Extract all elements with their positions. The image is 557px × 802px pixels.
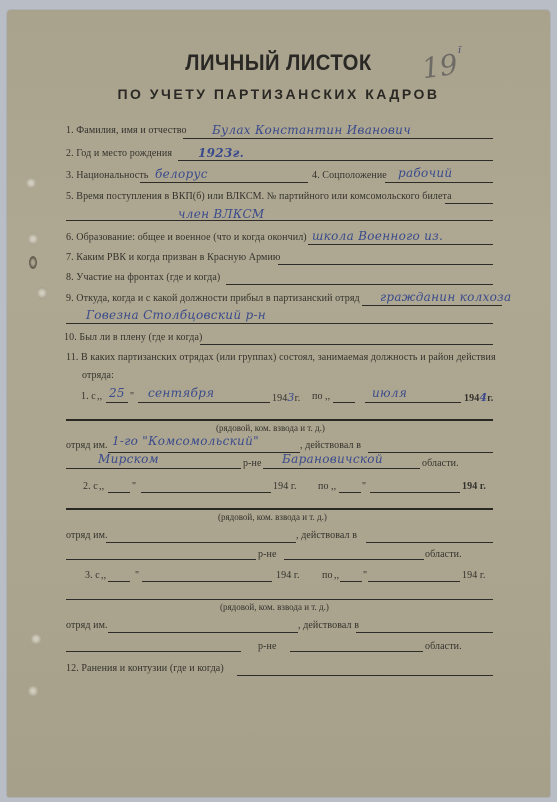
punch-hole (37, 287, 47, 299)
archive-mark: ĭ (458, 44, 461, 56)
detachment-2-to-month-line (370, 492, 460, 493)
field-5-line-2 (66, 220, 493, 221)
quote-mark: " (132, 481, 136, 492)
detachment-2-from-day-line (108, 492, 130, 493)
detachment-1-to-month-line (365, 402, 461, 403)
field-9-label: 9. Откуда, когда и с какой должности при… (66, 293, 360, 304)
detachment-1-to-year-prefix: 194 (464, 393, 479, 404)
detachment-3-to-day-line (340, 581, 362, 582)
detachment-1-num: 1. с (81, 391, 96, 402)
detachment-2-acted-label: , действовал в (296, 530, 357, 541)
field-3-line (140, 182, 308, 183)
punch-hole (29, 256, 37, 269)
field-9-value-line1[interactable]: гражданин колхоза (380, 290, 511, 304)
detachment-1-raion-line (66, 468, 241, 469)
detachment-3-raion-line (66, 651, 241, 652)
detachment-2-num: 2. с (83, 481, 98, 492)
detachment-1-position-hint: (рядовой, ком. взвода и т. д.) (216, 423, 325, 433)
field-6-value[interactable]: школа Военного из. (312, 229, 443, 243)
field-8-label: 8. Участие на фронтах (где и когда) (66, 272, 220, 283)
quote-mark: ,, (325, 391, 330, 402)
detachment-1-raion-label: р-не (243, 458, 262, 469)
punch-hole (31, 633, 41, 645)
detachment-1-otryad-label: отряд им. (66, 440, 108, 451)
detachment-3-from-day-line (108, 581, 130, 582)
quote-mark: " (363, 570, 367, 581)
field-9-value-line2[interactable]: Говезна Столбцовский р-н (86, 308, 266, 322)
field-12-label: 12. Ранения и контузии (где и когда) (66, 663, 224, 674)
field-2-label: 2. Год и место рождения (66, 148, 172, 159)
field-5-value[interactable]: член ВЛКСМ (178, 207, 265, 221)
detachment-2-to-label: по (318, 481, 329, 492)
year-unit: г. (291, 481, 297, 492)
detachment-2-to-year-prefix: 194 (462, 481, 477, 492)
field-1-value[interactable]: Булах Константин Иванович (212, 123, 411, 137)
detachment-1-otryad-value[interactable]: 1-го "Комсомольский" (112, 434, 259, 448)
detachment-2-position-hint: (рядовой, ком. взвода и т. д.) (218, 512, 327, 522)
detachment-1-oblast-label: области. (422, 458, 459, 469)
detachment-3-oblast-label: области. (425, 641, 462, 652)
field-11-label: 11. В каких партизанских отрядах (или гр… (66, 352, 496, 363)
detachment-3-acted-line (356, 632, 493, 633)
year-unit: г. (295, 393, 301, 404)
detachment-2-to-day-line (339, 492, 361, 493)
field-1-line (183, 138, 493, 139)
year-unit: г. (480, 570, 486, 581)
detachment-3-to-year-prefix: 194 (462, 570, 477, 581)
detachment-1-from-day-line (106, 402, 128, 403)
detachment-1-from-month-line (138, 402, 270, 403)
detachment-1-position-line (66, 419, 493, 421)
detachment-1-raion-value[interactable]: Мирском (98, 452, 159, 466)
archive-page-number: 19 (420, 48, 460, 86)
detachment-1-to-day-line (333, 402, 355, 403)
detachment-2-from-year-prefix: 194 (273, 481, 288, 492)
quote-mark: " (135, 570, 139, 581)
detachment-1-from-month[interactable]: сентября (148, 386, 214, 400)
detachment-3-raion-label: р-не (258, 641, 277, 652)
detachment-3-from-year-prefix: 194 (276, 570, 291, 581)
detachment-1-to-month[interactable]: июля (372, 386, 407, 400)
field-11-label-cont: отряда: (82, 370, 114, 381)
punch-hole (26, 177, 36, 189)
field-12-line (237, 675, 493, 676)
field-3-value[interactable]: белорус (155, 167, 208, 181)
detachment-1-acted-line (368, 452, 493, 453)
quote-mark: ,, (101, 570, 106, 581)
detachment-1-from-year-suffix[interactable]: 3 (287, 391, 294, 404)
field-6-label: 6. Образование: общее и военное (что и к… (66, 232, 307, 243)
detachment-1-acted-label: , действовал в (300, 440, 361, 451)
detachment-2-otryad-label: отряд им. (66, 530, 108, 541)
field-2-line (178, 160, 493, 161)
detachment-3-num: 3. с (85, 570, 100, 581)
field-9-line-2 (66, 323, 493, 324)
detachment-2-acted-line (366, 542, 493, 543)
detachment-3-position-line (66, 599, 493, 600)
detachment-2-position-line (66, 508, 493, 510)
detachment-2-raion-line (66, 559, 256, 560)
detachment-1-oblast-value[interactable]: Барановичской (282, 452, 383, 466)
field-9-line (362, 305, 502, 306)
quote-mark: " (362, 481, 366, 492)
detachment-2-raion-label: р-не (258, 549, 277, 560)
quote-mark: ,, (97, 391, 102, 402)
punch-hole (28, 685, 38, 697)
detachment-3-position-hint: (рядовой, ком. взвода и т. д.) (220, 602, 329, 612)
field-8-line (226, 284, 493, 285)
field-7-line (278, 264, 493, 265)
quote-mark: ,, (334, 570, 339, 581)
detachment-3-from-month-line (142, 581, 272, 582)
quote-mark: " (130, 391, 134, 402)
detachment-3-to-month-line (368, 581, 460, 582)
detachment-1-from-year-prefix: 194 (272, 393, 287, 404)
detachment-2-from-month-line (141, 492, 271, 493)
year-unit: г. (294, 570, 300, 581)
quote-mark: ,, (331, 481, 336, 492)
field-10-label: 10. Был ли в плену (где и когда) (64, 332, 202, 343)
detachment-1-oblast-line (263, 468, 420, 469)
field-2-value[interactable]: 1923г. (198, 146, 244, 160)
year-unit: г. (487, 393, 493, 404)
field-6-line (308, 244, 493, 245)
detachment-1-to-label: по (312, 391, 323, 402)
field-4-value[interactable]: рабочий (398, 166, 452, 180)
detachment-2-otryad-line (106, 542, 296, 543)
field-5-label: 5. Время поступления в ВКП(б) или ВЛКСМ.… (66, 191, 452, 202)
detachment-3-acted-label: , действовал в (298, 620, 359, 631)
field-1-label: 1. Фамилия, имя и отчество (66, 125, 187, 136)
punch-hole (28, 233, 38, 245)
quote-mark: ,, (99, 481, 104, 492)
field-3-label: 3. Национальность (66, 170, 148, 181)
document-subtitle: ПО УЧЕТУ ПАРТИЗАНСКИХ КАДРОВ (0, 86, 557, 102)
detachment-2-oblast-label: области. (425, 549, 462, 560)
detachment-3-otryad-line (108, 632, 298, 633)
detachment-3-to-label: по (322, 570, 333, 581)
field-7-label: 7. Каким РВК и когда призван в Красную А… (66, 252, 281, 263)
detachment-2-oblast-line (284, 559, 424, 560)
field-10-line (200, 344, 493, 345)
detachment-3-oblast-line (290, 651, 423, 652)
year-unit: г. (480, 481, 486, 492)
detachment-1-from-day[interactable]: 25 (109, 386, 125, 400)
field-5-line (445, 203, 493, 204)
detachment-3-otryad-label: отряд им. (66, 620, 108, 631)
field-4-label: 4. Соцположение (312, 170, 387, 181)
field-4-line (385, 182, 493, 183)
